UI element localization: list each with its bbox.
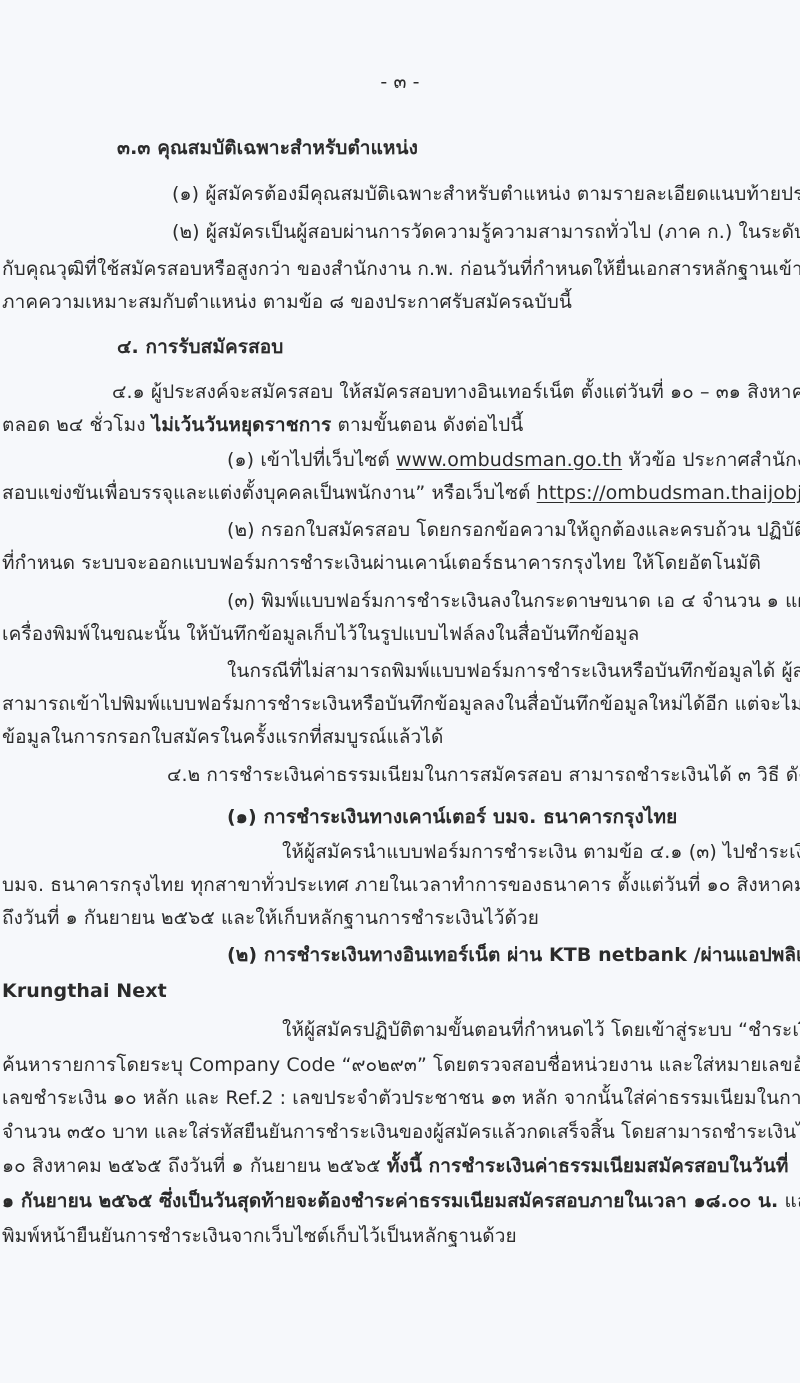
text-segment: ให้ผู้สมัครปฏิบัติตามขั้นตอนที่กำหนดไว้ …: [282, 1019, 800, 1041]
text-segment: ๑ กันยายน ๒๕๖๕ ซึ่งเป็นวันสุดท้ายจะต้องช…: [2, 1190, 778, 1212]
link-thaijobjob-website[interactable]: https://ombudsman.thaijobjob.com/: [537, 482, 800, 504]
text-segment: ตามขั้นตอน ดังต่อไปนี้: [331, 414, 523, 436]
text-segment: กับคุณวุฒิที่ใช้สมัครสอบหรือสูงกว่า ของส…: [2, 258, 800, 280]
text-segment: - ๓ -: [380, 71, 419, 93]
payment-method-1-heading: (๑) การชำระเงินทางเคาน์เตอร์ บมจ. ธนาคาร…: [2, 801, 798, 834]
step-3-note-cont-1: สามารถเข้าไปพิมพ์แบบฟอร์มการชำระเงินหรือ…: [2, 688, 798, 721]
text-segment: ในกรณีที่ไม่สามารถพิมพ์แบบฟอร์มการชำระเง…: [227, 660, 800, 682]
clause-4-1-cont: ตลอด ๒๔ ชั่วโมง ไม่เว้นวันหยุดราชการ ตาม…: [2, 409, 798, 442]
text-segment: สามารถเข้าไปพิมพ์แบบฟอร์มการชำระเงินหรือ…: [2, 693, 800, 715]
payment-method-2-cont-3: จำนวน ๓๕๐ บาท และใส่รหัสยืนยันการชำระเงิ…: [2, 1116, 798, 1149]
link-ombudsman-website[interactable]: www.ombudsman.go.th: [396, 449, 622, 471]
text-segment: บมจ. ธนาคารกรุงไทย ทุกสาขาทั่วประเทศ ภาย…: [2, 874, 800, 896]
text-segment: ตลอด ๒๔ ชั่วโมง: [2, 414, 152, 436]
text-segment: พิมพ์หน้ายืนยันการชำระเงินจากเว็บไซต์เก็…: [2, 1225, 517, 1247]
payment-method-1-cont-2: ถึงวันที่ ๑ กันยายน ๒๕๖๕ และให้เก็บหลักฐ…: [2, 902, 798, 935]
text-segment: หัวข้อ ประกาศสำนักงาน “รับสมัคร: [622, 449, 800, 471]
document-page: - ๓ -๓.๓ คุณสมบัติเฉพาะสำหรับตำแหน่ง(๑) …: [0, 0, 800, 1383]
payment-method-2-cont-6: พิมพ์หน้ายืนยันการชำระเงินจากเว็บไซต์เก็…: [2, 1220, 798, 1253]
text-segment: (๑) เข้าไปที่เว็บไซต์: [227, 449, 396, 471]
payment-method-2-heading-cont: Krungthai Next: [2, 975, 798, 1008]
text-segment: (๒) การชำระเงินทางอินเทอร์เน็ต ผ่าน KTB …: [227, 944, 800, 966]
text-segment: ๔.๒ การชำระเงินค่าธรรมเนียมในการสมัครสอบ…: [167, 764, 800, 786]
step-1-website: (๑) เข้าไปที่เว็บไซต์ www.ombudsman.go.t…: [2, 444, 798, 477]
payment-method-1-body: ให้ผู้สมัครนำแบบฟอร์มการชำระเงิน ตามข้อ …: [2, 836, 798, 869]
text-segment: ค้นหารายการโดยระบุ Company Code “๙๐๒๙๓” …: [2, 1054, 800, 1076]
text-segment: ไม่เว้นวันหยุดราชการ: [152, 414, 332, 436]
text-segment: และให้: [778, 1190, 800, 1212]
payment-method-1-cont-1: บมจ. ธนาคารกรุงไทย ทุกสาขาทั่วประเทศ ภาย…: [2, 869, 798, 902]
clause-3-3-2-cont-2: ภาคความเหมาะสมกับตำแหน่ง ตามข้อ ๘ ของประ…: [2, 286, 798, 319]
text-segment: ภาคความเหมาะสมกับตำแหน่ง ตามข้อ ๘ ของประ…: [2, 291, 572, 313]
text-segment: สอบแข่งขันเพื่อบรรจุและแต่งตั้งบุคคลเป็น…: [2, 482, 537, 504]
text-segment: เลขชำระเงิน ๑๐ หลัก และ Ref.2 : เลขประจำ…: [2, 1087, 800, 1109]
text-segment: ถึงวันที่ ๑ กันยายน ๒๕๖๕ และให้เก็บหลักฐ…: [2, 907, 539, 929]
text-segment: ๓.๓ คุณสมบัติเฉพาะสำหรับตำแหน่ง: [117, 137, 418, 159]
text-segment: ๔. การรับสมัครสอบ: [117, 336, 283, 358]
text-segment: ทั้งนี้ การชำระเงินค่าธรรมเนียมสมัครสอบใ…: [387, 1155, 789, 1177]
step-3-cont: เครื่องพิมพ์ในขณะนั้น ให้บันทึกข้อมูลเก็…: [2, 618, 798, 651]
step-1-cont: สอบแข่งขันเพื่อบรรจุและแต่งตั้งบุคคลเป็น…: [2, 477, 798, 510]
text-segment: (๒) กรอกใบสมัครสอบ โดยกรอกข้อความให้ถูกต…: [227, 519, 800, 541]
payment-method-2-heading: (๒) การชำระเงินทางอินเทอร์เน็ต ผ่าน KTB …: [2, 939, 798, 972]
text-segment: Krungthai Next: [2, 980, 167, 1002]
payment-method-2-body: ให้ผู้สมัครปฏิบัติตามขั้นตอนที่กำหนดไว้ …: [2, 1014, 798, 1047]
step-2-cont: ที่กำหนด ระบบจะออกแบบฟอร์มการชำระเงินผ่า…: [2, 547, 798, 580]
step-3-note: ในกรณีที่ไม่สามารถพิมพ์แบบฟอร์มการชำระเง…: [2, 655, 798, 688]
step-3-print-form: (๓) พิมพ์แบบฟอร์มการชำระเงินลงในกระดาษขน…: [2, 585, 798, 618]
payment-method-2-cont-2: เลขชำระเงิน ๑๐ หลัก และ Ref.2 : เลขประจำ…: [2, 1082, 798, 1115]
step-2-fill-form: (๒) กรอกใบสมัครสอบ โดยกรอกข้อความให้ถูกต…: [2, 514, 798, 547]
text-segment: (๒) ผู้สมัครเป็นผู้สอบผ่านการวัดความรู้ค…: [172, 221, 800, 243]
section-4-heading: ๔. การรับสมัครสอบ: [2, 331, 798, 364]
text-segment: (๑) ผู้สมัครต้องมีคุณสมบัติเฉพาะสำหรับตำ…: [172, 183, 800, 205]
step-3-note-cont-2: ข้อมูลในการกรอกใบสมัครในครั้งแรกที่สมบูร…: [2, 721, 798, 754]
clause-4-1: ๔.๑ ผู้ประสงค์จะสมัครสอบ ให้สมัครสอบทางอ…: [2, 376, 798, 409]
page-number: - ๓ -: [2, 66, 798, 99]
text-segment: ๔.๑ ผู้ประสงค์จะสมัครสอบ ให้สมัครสอบทางอ…: [112, 381, 800, 403]
clause-3-3-2: (๒) ผู้สมัครเป็นผู้สอบผ่านการวัดความรู้ค…: [2, 216, 798, 249]
clause-3-3-2-cont-1: กับคุณวุฒิที่ใช้สมัครสอบหรือสูงกว่า ของส…: [2, 253, 798, 286]
text-segment: (๓) พิมพ์แบบฟอร์มการชำระเงินลงในกระดาษขน…: [227, 590, 800, 612]
text-segment: ข้อมูลในการกรอกใบสมัครในครั้งแรกที่สมบูร…: [2, 726, 443, 748]
text-segment: เครื่องพิมพ์ในขณะนั้น ให้บันทึกข้อมูลเก็…: [2, 623, 639, 645]
text-segment: ให้ผู้สมัครนำแบบฟอร์มการชำระเงิน ตามข้อ …: [282, 841, 800, 863]
payment-method-2-cont-5: ๑ กันยายน ๒๕๖๕ ซึ่งเป็นวันสุดท้ายจะต้องช…: [2, 1185, 798, 1218]
payment-method-2-cont-4: ๑๐ สิงหาคม ๒๕๖๕ ถึงวันที่ ๑ กันยายน ๒๕๖๕…: [2, 1150, 798, 1183]
text-segment: ที่กำหนด ระบบจะออกแบบฟอร์มการชำระเงินผ่า…: [2, 552, 761, 574]
clause-3-3-1: (๑) ผู้สมัครต้องมีคุณสมบัติเฉพาะสำหรับตำ…: [2, 178, 798, 211]
clause-4-2: ๔.๒ การชำระเงินค่าธรรมเนียมในการสมัครสอบ…: [2, 759, 798, 792]
text-segment: จำนวน ๓๕๐ บาท และใส่รหัสยืนยันการชำระเงิ…: [2, 1121, 800, 1143]
section-3-3-heading: ๓.๓ คุณสมบัติเฉพาะสำหรับตำแหน่ง: [2, 132, 798, 165]
text-segment: (๑) การชำระเงินทางเคาน์เตอร์ บมจ. ธนาคาร…: [227, 806, 677, 828]
payment-method-2-cont-1: ค้นหารายการโดยระบุ Company Code “๙๐๒๙๓” …: [2, 1049, 798, 1082]
text-segment: ๑๐ สิงหาคม ๒๕๖๕ ถึงวันที่ ๑ กันยายน ๒๕๖๕: [2, 1155, 387, 1177]
